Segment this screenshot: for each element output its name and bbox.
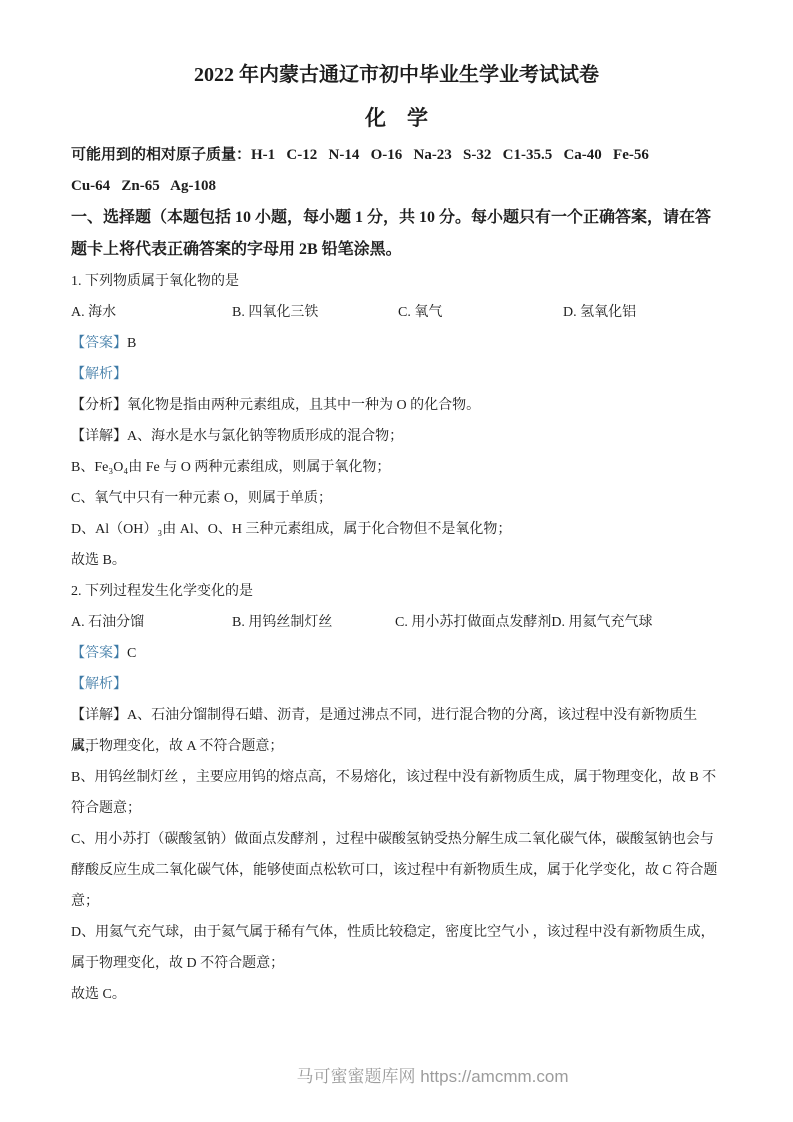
q1-option-d: D. 氢氧化铝 xyxy=(563,297,636,328)
atomic-masses-line-2: Cu-64 Zn-65 Ag-108 xyxy=(71,171,722,202)
q2-explanation-line: 意； xyxy=(71,886,722,917)
q2-explanation-line: 酵酸反应生成二氧化碳气体，能够使面点松软可口，该过程中有新物质生成，属于化学变化… xyxy=(71,855,722,886)
q2-options-row: A. 石油分馏 B. 用钨丝制灯丝 C. 用小苏打做面点发酵剂D. 用氦气充气球 xyxy=(71,607,722,638)
q2-explanation-line: C、用小苏打（碳酸氢钠）做面点发酵剂 ，过程中碳酸氢钠受热分解生成二氧化碳气体，… xyxy=(71,824,722,855)
section-instructions-line-2: 题卡上将代表正确答案的字母用 2B 铅笔涂黑。 xyxy=(71,234,722,266)
q2-explanation-line: 符合题意； xyxy=(71,793,722,824)
q1-options-row: A. 海水 B. 四氧化三铁 C. 氧气 D. 氢氧化铝 xyxy=(71,297,722,328)
q1-explanation-line: 【分析】氧化物是指由两种元素组成，且其中一种为 O 的化合物。 xyxy=(71,390,722,421)
q2-options-c-d: C. 用小苏打做面点发酵剂D. 用氦气充气球 xyxy=(395,607,652,638)
q1-option-a: A. 海水 xyxy=(71,297,116,328)
footer-watermark: 马可蜜蜜题库网 https://amcmm.com xyxy=(36,1062,793,1092)
q2-option-a: A. 石油分馏 xyxy=(71,607,144,638)
q1-conclusion-line: 故选 B。 xyxy=(71,545,722,576)
q2-answer-line: 【答案】C xyxy=(71,638,722,669)
q1-explanation-line: B、Fe₃O₄由 Fe 与 O 两种元素组成，则属于氧化物； xyxy=(71,452,722,483)
q1-option-c: C. 氧气 xyxy=(398,297,442,328)
q2-explanation-line: D、用氦气充气球，由于氦气属于稀有气体，性质比较稳定，密度比空气小 ，该过程中没… xyxy=(71,917,722,948)
answer-label: 【答案】 xyxy=(71,336,127,351)
q2-option-c: C. 用小苏打做面点发酵剂 xyxy=(395,615,551,630)
q1-explanation-line: C、氧气中只有一种元素 O，则属于单质； xyxy=(71,483,722,514)
q1-analysis-label-line: 【解析】 xyxy=(71,359,722,390)
q1-answer-line: 【答案】B xyxy=(71,328,722,359)
q1-stem: 1. 下列物质属于氧化物的是 xyxy=(71,266,722,297)
q2-answer-value: C xyxy=(127,646,136,661)
q2-option-b: B. 用钨丝制灯丝 xyxy=(232,607,332,638)
answer-label: 【答案】 xyxy=(71,646,127,661)
q2-explanation-line: 属于物理变化，故 D 不符合题意； xyxy=(71,948,722,979)
page-content: 2022 年内蒙古通辽市初中毕业生学业考试试卷 化 学 可能用到的相对原子质量：… xyxy=(71,0,722,1010)
q1-answer-value: B xyxy=(127,336,136,351)
analysis-label: 【解析】 xyxy=(71,367,127,382)
subject-title: 化 学 xyxy=(71,100,722,136)
exam-page: 2022 年内蒙古通辽市初中毕业生学业考试试卷 化 学 可能用到的相对原子质量：… xyxy=(0,0,793,1122)
section-instructions-line-1: 一、选择题（本题包括 10 小题，每小题 1 分，共 10 分。每小题只有一个正… xyxy=(71,202,722,234)
q2-stem: 2. 下列过程发生化学变化的是 xyxy=(71,576,722,607)
q1-explanation-line: D、Al（OH）₃由 Al、O、H 三种元素组成，属于化合物但不是氧化物； xyxy=(71,514,722,545)
q2-conclusion-line: 故选 C。 xyxy=(71,979,722,1010)
analysis-label: 【解析】 xyxy=(71,677,127,692)
q2-explanation-line: 属于物理变化，故 A 不符合题意； xyxy=(71,731,722,762)
q2-option-d: D. 用氦气充气球 xyxy=(551,615,652,630)
q2-explanation-line: B、用钨丝制灯丝 ，主要应用钨的熔点高，不易熔化，该过程中没有新物质生成，属于物… xyxy=(71,762,722,793)
atomic-masses-line-1: 可能用到的相对原子质量：H-1 C-12 N-14 O-16 Na-23 S-3… xyxy=(71,140,722,171)
exam-title: 2022 年内蒙古通辽市初中毕业生学业考试试卷 xyxy=(71,0,722,92)
q2-explanation-line: 【详解】A、石油分馏制得石蜡、沥青，是通过沸点不同，进行混合物的分离，该过程中没… xyxy=(71,700,722,731)
q1-option-b: B. 四氧化三铁 xyxy=(232,297,318,328)
q1-explanation-line: 【详解】A、海水是水与氯化钠等物质形成的混合物； xyxy=(71,421,722,452)
q2-analysis-label-line: 【解析】 xyxy=(71,669,722,700)
